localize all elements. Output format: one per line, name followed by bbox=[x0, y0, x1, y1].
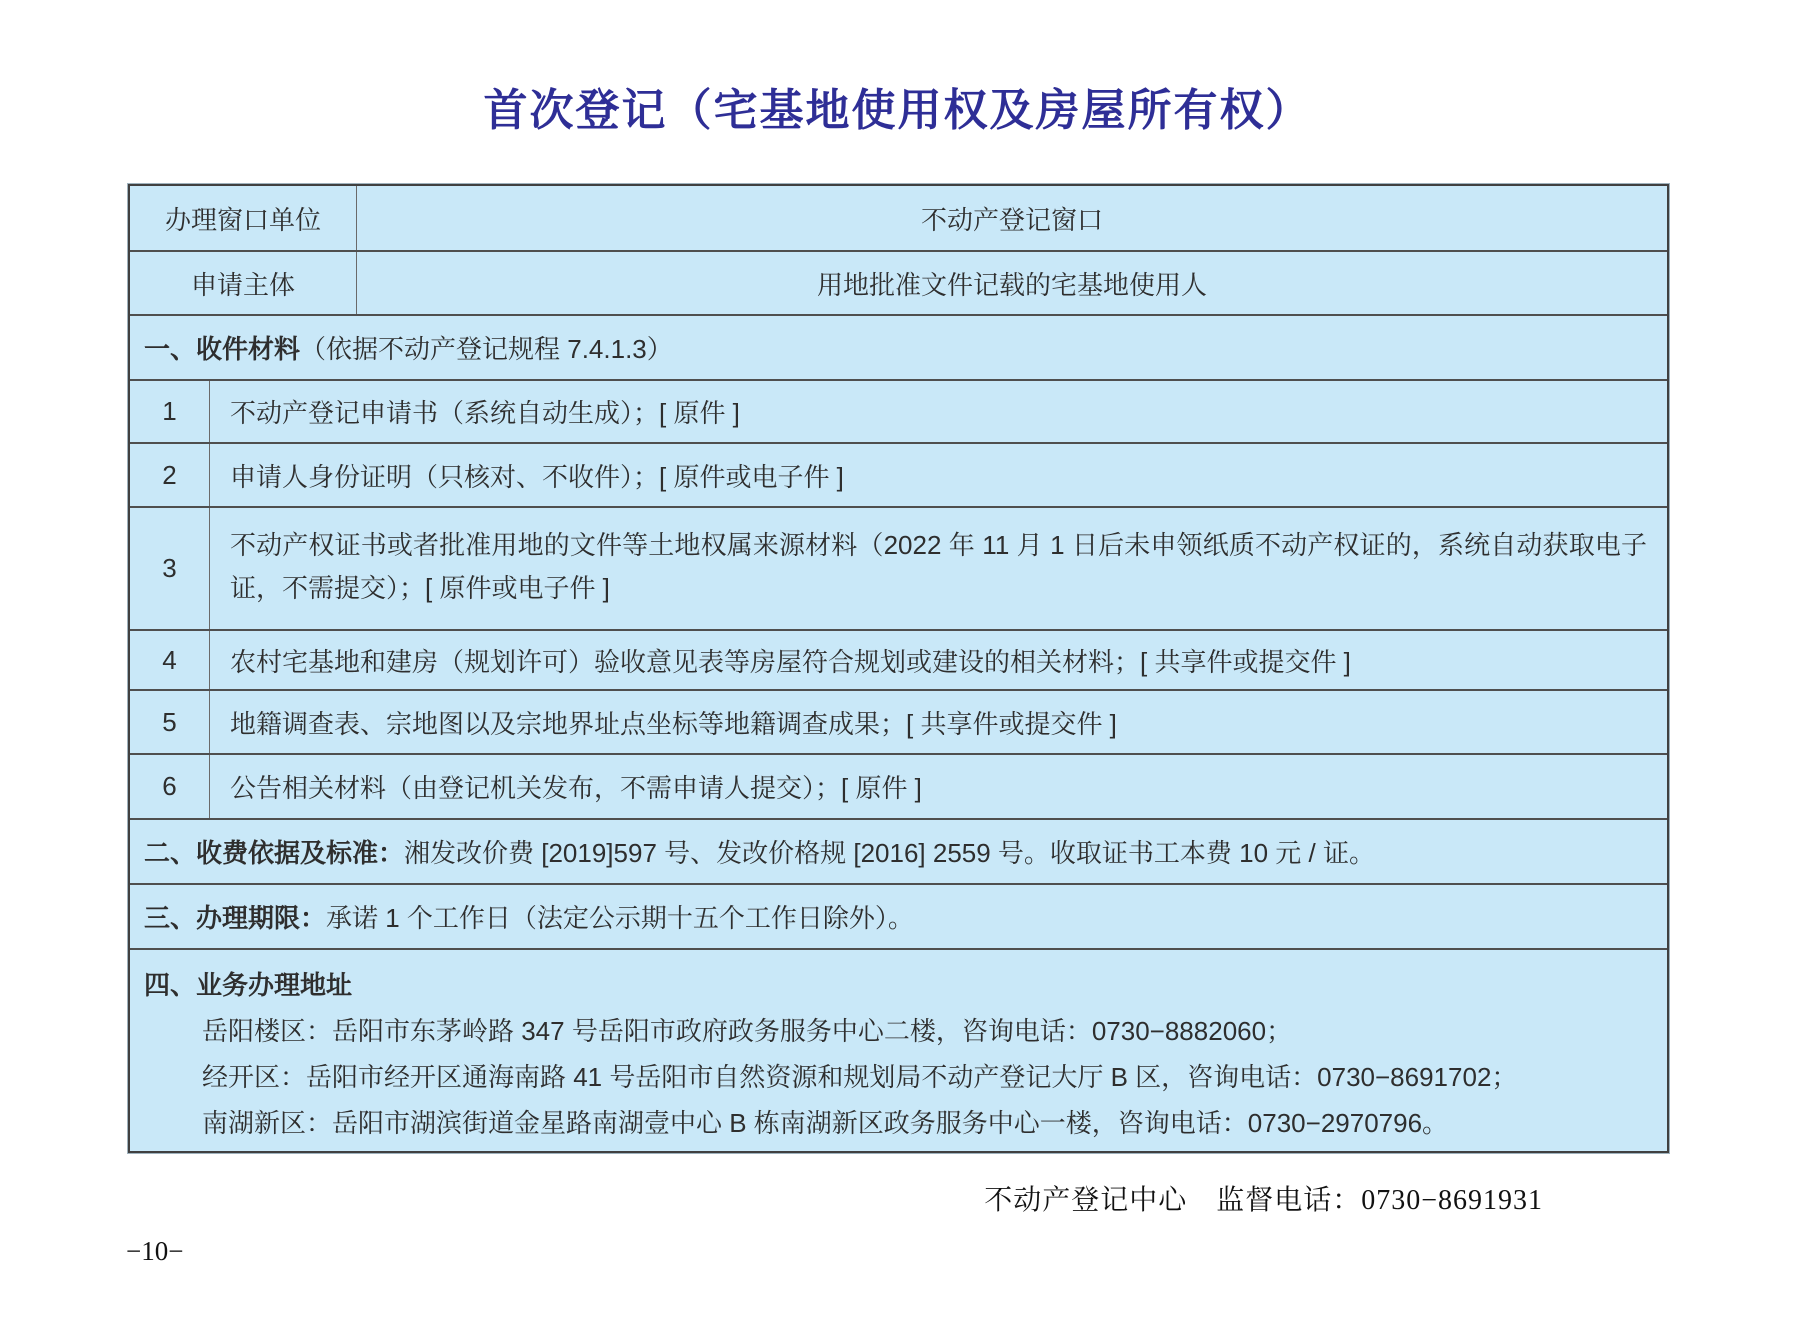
material-row-6: 6 公告相关材料（由登记机关发布，不需申请人提交）；[ 原件 ] bbox=[130, 753, 1667, 818]
material-row-1: 1 不动产登记申请书（系统自动生成）；[ 原件 ] bbox=[130, 379, 1667, 442]
material-text: 农村宅基地和建房（规划许可）验收意见表等房屋符合规划或建设的相关材料；[ 共享件… bbox=[210, 631, 1667, 689]
row-value: 用地批准文件记载的宅基地使用人 bbox=[357, 252, 1667, 314]
material-text: 不动产权证书或者批准用地的文件等土地权属来源材料（2022 年 11 月 1 日… bbox=[210, 508, 1667, 629]
row-value: 不动产登记窗口 bbox=[357, 186, 1667, 250]
section-4-row: 四、业务办理地址 岳阳楼区：岳阳市东茅岭路 347 号岳阳市政府政务服务中心二楼… bbox=[130, 948, 1667, 1151]
material-text: 申请人身份证明（只核对、不收件）；[ 原件或电子件 ] bbox=[210, 444, 1667, 506]
material-number: 4 bbox=[130, 631, 210, 689]
material-number: 1 bbox=[130, 381, 210, 442]
material-text: 不动产登记申请书（系统自动生成）；[ 原件 ] bbox=[210, 381, 1667, 442]
document-page: 首次登记（宅基地使用权及房屋所有权） 办理窗口单位 不动产登记窗口 申请主体 用… bbox=[0, 0, 1795, 1323]
material-row-3: 3 不动产权证书或者批准用地的文件等土地权属来源材料（2022 年 11 月 1… bbox=[130, 506, 1667, 629]
section-2-text: 二、收费依据及标准：湘发改价费 [2019]597 号、发改价格规 [2016]… bbox=[130, 820, 1667, 883]
material-number: 2 bbox=[130, 444, 210, 506]
section-1-title-rest: （依据不动产登记规程 7.4.1.3） bbox=[300, 329, 673, 366]
address-yueyanglou: 岳阳楼区：岳阳市东茅岭路 347 号岳阳市政府政务服务中心二楼，咨询电话：073… bbox=[144, 1008, 1653, 1054]
material-text: 地籍调查表、宗地图以及宗地界址点坐标等地籍调查成果；[ 共享件或提交件 ] bbox=[210, 691, 1667, 753]
address-nanhuxinqu: 南湖新区：岳阳市湖滨街道金星路南湖壹中心 B 栋南湖新区政务服务中心一楼，咨询电… bbox=[144, 1100, 1653, 1146]
address-jingkaiqu: 经开区：岳阳市经开区通海南路 41 号岳阳市自然资源和规划局不动产登记大厅 B … bbox=[144, 1054, 1653, 1100]
section-3-title-bold: 三、办理期限： bbox=[144, 898, 326, 935]
section-1-title: 一、收件材料（依据不动产登记规程 7.4.1.3） bbox=[130, 316, 1667, 379]
section-3-body: 承诺 1 个工作日（法定公示期十五个工作日除外）。 bbox=[326, 898, 914, 935]
section-1-title-bold: 一、收件材料 bbox=[144, 329, 300, 366]
row-label: 申请主体 bbox=[130, 252, 357, 314]
section-2-title-bold: 二、收费依据及标准： bbox=[144, 833, 404, 870]
section-3-text: 三、办理期限：承诺 1 个工作日（法定公示期十五个工作日除外）。 bbox=[130, 885, 1667, 948]
page-number: −10− bbox=[126, 1236, 183, 1267]
procedure-table: 办理窗口单位 不动产登记窗口 申请主体 用地批准文件记载的宅基地使用人 一、收件… bbox=[128, 184, 1669, 1153]
material-number: 3 bbox=[130, 508, 210, 629]
row-label: 办理窗口单位 bbox=[130, 186, 357, 250]
page-title: 首次登记（宅基地使用权及房屋所有权） bbox=[0, 74, 1795, 138]
section-4-content: 四、业务办理地址 岳阳楼区：岳阳市东茅岭路 347 号岳阳市政府政务服务中心二楼… bbox=[130, 950, 1667, 1151]
section-3-row: 三、办理期限：承诺 1 个工作日（法定公示期十五个工作日除外）。 bbox=[130, 883, 1667, 948]
material-text: 公告相关材料（由登记机关发布，不需申请人提交）；[ 原件 ] bbox=[210, 755, 1667, 818]
section-2-body: 湘发改价费 [2019]597 号、发改价格规 [2016] 2559 号。收取… bbox=[404, 833, 1375, 870]
material-number: 6 bbox=[130, 755, 210, 818]
section-4-title: 四、业务办理地址 bbox=[144, 962, 1653, 1008]
section-2-row: 二、收费依据及标准：湘发改价费 [2019]597 号、发改价格规 [2016]… bbox=[130, 818, 1667, 883]
material-row-4: 4 农村宅基地和建房（规划许可）验收意见表等房屋符合规划或建设的相关材料；[ 共… bbox=[130, 629, 1667, 689]
table-row-window-unit: 办理窗口单位 不动产登记窗口 bbox=[130, 186, 1667, 250]
material-row-2: 2 申请人身份证明（只核对、不收件）；[ 原件或电子件 ] bbox=[130, 442, 1667, 506]
section-1-header-row: 一、收件材料（依据不动产登记规程 7.4.1.3） bbox=[130, 314, 1667, 379]
material-number: 5 bbox=[130, 691, 210, 753]
supervision-footer: 不动产登记中心 监督电话：0730−8691931 bbox=[0, 1178, 1795, 1218]
material-row-5: 5 地籍调查表、宗地图以及宗地界址点坐标等地籍调查成果；[ 共享件或提交件 ] bbox=[130, 689, 1667, 753]
table-row-applicant: 申请主体 用地批准文件记载的宅基地使用人 bbox=[130, 250, 1667, 314]
